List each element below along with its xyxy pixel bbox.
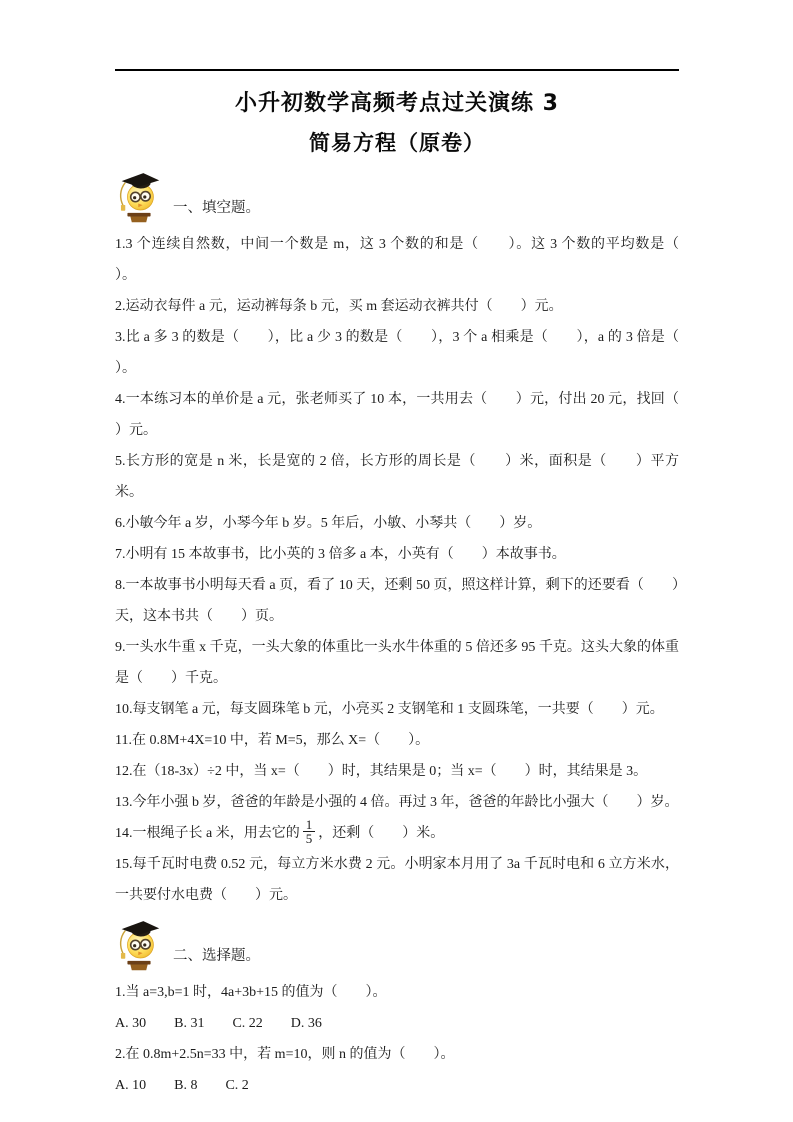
page-subtitle: 简易方程（原卷） xyxy=(115,127,679,159)
choice-question-1-options: A. 30 B. 31 C. 22 D. 36 xyxy=(115,1008,679,1039)
question-text-post: ，还剩（ ）米。 xyxy=(318,826,444,841)
choice-question-2-options: A. 10 B. 8 C. 2 xyxy=(115,1070,679,1101)
choice-question-2-text: 2.在 0.8m+2.5n=33 中，若 m=10，则 n 的值为（ ）。 xyxy=(115,1039,679,1070)
fill-question-3: 3.比 a 多 3 的数是（ ），比 a 少 3 的数是（ ），3 个 a 相乘… xyxy=(115,322,679,384)
section-fill-heading: 一、填空题。 xyxy=(173,198,260,223)
fill-question-7: 7.小明有 15 本故事书，比小英的 3 倍多 a 本，小英有（ ）本故事书。 xyxy=(115,539,679,570)
fill-question-10: 10.每支钢笔 a 元，每支圆珠笔 b 元，小亮买 2 支钢笔和 1 支圆珠笔，… xyxy=(115,694,679,725)
graduate-chick-icon xyxy=(115,919,163,971)
fill-question-1: 1.3 个连续自然数，中间一个数是 m，这 3 个数的和是（ ）。这 3 个数的… xyxy=(115,229,679,291)
graduate-chick-icon xyxy=(115,171,163,223)
section-header-fill: 一、填空题。 xyxy=(115,171,679,223)
fill-question-5: 5.长方形的宽是 n 米，长是宽的 2 倍，长方形的周长是（ ）米，面积是（ ）… xyxy=(115,446,679,508)
page-title: 小升初数学高频考点过关演练 3 xyxy=(115,87,679,121)
fill-question-2: 2.运动衣每件 a 元，运动裤每条 b 元，买 m 套运动衣裤共付（ ）元。 xyxy=(115,291,679,322)
fraction-denominator: 5 xyxy=(303,831,316,846)
fill-questions: 1.3 个连续自然数，中间一个数是 m，这 3 个数的和是（ ）。这 3 个数的… xyxy=(115,229,679,911)
question-text-pre: 14.一根绳子长 a 米，用去它的 xyxy=(115,826,300,841)
fill-question-14: 14.一根绳子长 a 米，用去它的15，还剩（ ）米。 xyxy=(115,818,679,849)
fill-question-12: 12.在（18-3x）÷2 中，当 x=（ ）时，其结果是 0；当 x=（ ）时… xyxy=(115,756,679,787)
fraction-one-fifth: 15 xyxy=(303,818,316,846)
section-header-choice: 二、选择题。 xyxy=(115,919,679,971)
fill-question-15: 15.每千瓦时电费 0.52 元，每立方米水费 2 元。小明家本月用了 3a 千… xyxy=(115,849,679,911)
fill-question-4: 4.一本练习本的单价是 a 元，张老师买了 10 本，一共用去（ ）元，付出 2… xyxy=(115,384,679,446)
section-choice-heading: 二、选择题。 xyxy=(173,946,260,971)
worksheet-page: 小升初数学高频考点过关演练 3 简易方程（原卷） xyxy=(0,0,793,1122)
fill-question-6: 6.小敏今年 a 岁，小琴今年 b 岁。5 年后，小敏、小琴共（ ）岁。 xyxy=(115,508,679,539)
choice-questions: 1.当 a=3,b=1 时，4a+3b+15 的值为（ ）。 A. 30 B. … xyxy=(115,977,679,1101)
choice-question-1-text: 1.当 a=3,b=1 时，4a+3b+15 的值为（ ）。 xyxy=(115,977,679,1008)
fill-question-8: 8.一本故事书小明每天看 a 页，看了 10 天，还剩 50 页，照这样计算，剩… xyxy=(115,570,679,632)
header-rule xyxy=(115,69,679,71)
fraction-numerator: 1 xyxy=(303,818,316,832)
fill-question-9: 9.一头水牛重 x 千克，一头大象的体重比一头水牛体重的 5 倍还多 95 千克… xyxy=(115,632,679,694)
fill-question-13: 13.今年小强 b 岁，爸爸的年龄是小强的 4 倍。再过 3 年，爸爸的年龄比小… xyxy=(115,787,679,818)
fill-question-11: 11.在 0.8M+4X=10 中，若 M=5，那么 X=（ ）。 xyxy=(115,725,679,756)
